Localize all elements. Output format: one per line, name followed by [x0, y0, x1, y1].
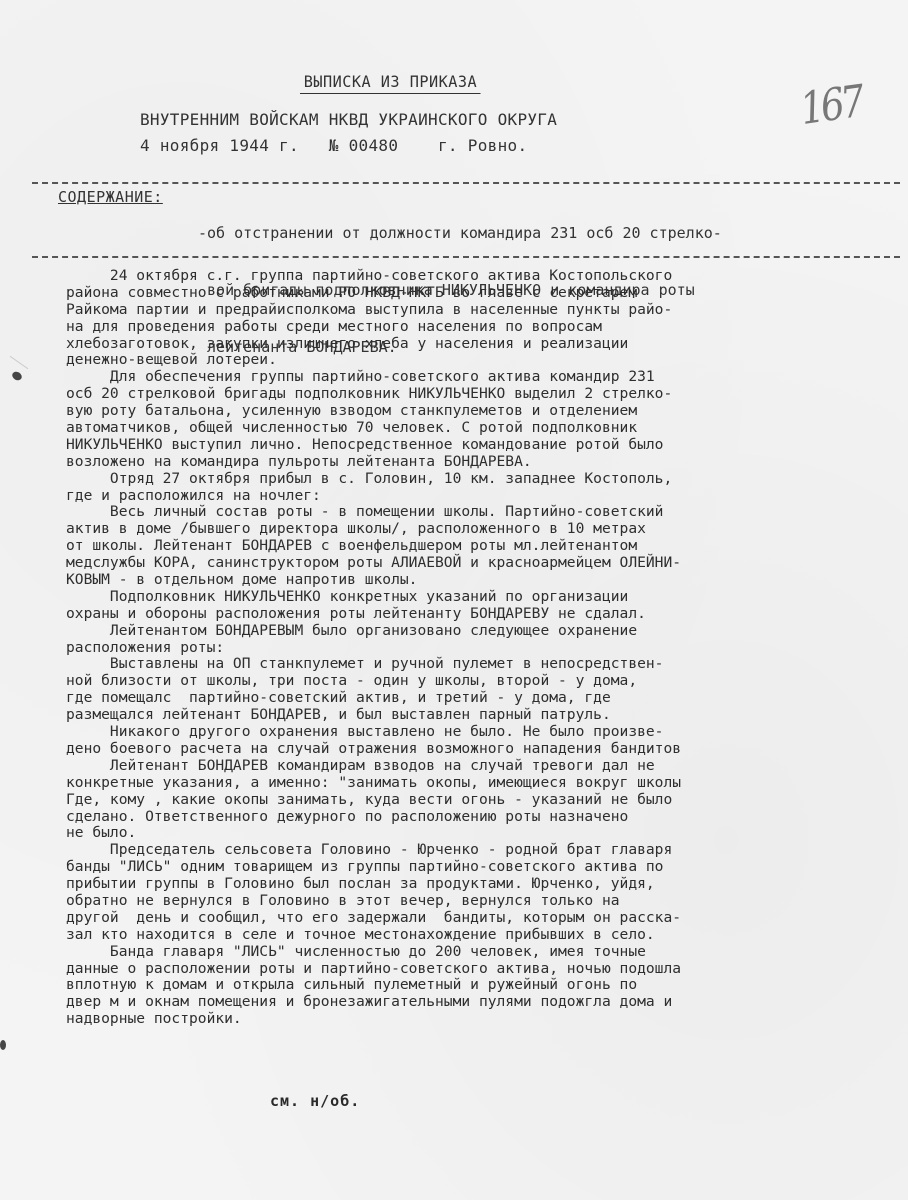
body-line: охраны и обороны расположения роты лейте…	[66, 606, 896, 623]
see-reverse-note: см. н/об.	[270, 1092, 360, 1110]
ink-blot	[0, 1040, 6, 1050]
body-line: другой день и сообщил, что его задержали…	[66, 910, 896, 927]
body-line: Весь личный состав роты - в помещении шк…	[66, 504, 896, 521]
body-line: Лейтенантом БОНДАРЕВЫМ было организовано…	[66, 623, 896, 640]
body-line: КОВЫМ - в отдельном доме напротив школы.	[66, 572, 896, 589]
body-line: надворные постройки.	[66, 1011, 896, 1028]
issuing-authority: ВНУТРЕННИМ ВОЙСКАМ НКВД УКРАИНСКОГО ОКРУ…	[140, 110, 557, 129]
document-page: ВЫПИСКА ИЗ ПРИКАЗА ВНУТРЕННИМ ВОЙСКАМ НК…	[0, 0, 908, 1200]
ink-blot	[11, 370, 24, 382]
paper-crease	[10, 356, 29, 369]
body-line: хлебозаготовок, закупки излишнего хлеба …	[66, 336, 896, 353]
body-line: медслужбы КОРА, санинструктором роты АЛИ…	[66, 555, 896, 572]
body-line: где помещалс партийно-советский актив, и…	[66, 690, 896, 707]
body-line: Для обеспечения группы партийно-советско…	[66, 369, 896, 386]
body-line: размещался лейтенант БОНДАРЕВ, и был выс…	[66, 707, 896, 724]
body-line: расположения роты:	[66, 640, 896, 657]
body-line: осб 20 стрелковой бригады подполковник Н…	[66, 386, 896, 403]
divider-top	[32, 182, 900, 184]
body-line: конкретные указания, а именно: "занимать…	[66, 775, 896, 792]
body-line: района совместно с работниками РО НКВД-Н…	[66, 285, 896, 302]
body-line: автоматчиков, общей численностью 70 чело…	[66, 420, 896, 437]
body-line: Где, кому , какие окопы занимать, куда в…	[66, 792, 896, 809]
body-line: вую роту батальона, усиленную взводом ст…	[66, 403, 896, 420]
body-line: НИКУЛЬЧЕНКО выступил лично. Непосредстве…	[66, 437, 896, 454]
body-line: Лейтенант БОНДАРЕВ командирам взводов на…	[66, 758, 896, 775]
body-line: данные о расположении роты и партийно-со…	[66, 961, 896, 978]
order-date-number-place: 4 ноября 1944 г. № 00480 г. Ровно.	[140, 136, 527, 155]
body-line: Отряд 27 октября прибыл в с. Головин, 10…	[66, 471, 896, 488]
body-line: на для проведения работы среди местного …	[66, 319, 896, 336]
body-line: где и расположился на ночлег:	[66, 488, 896, 505]
body-line: вплотную к домам и открыла сильный пулем…	[66, 977, 896, 994]
body-line: возложено на командира пульроты лейтенан…	[66, 454, 896, 471]
body-line: Выставлены на ОП станкпулемет и ручной п…	[66, 656, 896, 673]
body-line: сделано. Ответственного дежурного по рас…	[66, 809, 896, 826]
body-line: банды "ЛИСЬ" одним товарищем из группы п…	[66, 859, 896, 876]
body-line: зал кто находится в селе и точное местон…	[66, 927, 896, 944]
document-title: ВЫПИСКА ИЗ ПРИКАЗА	[300, 72, 481, 94]
body-line: Председатель сельсовета Головино - Юрчен…	[66, 842, 896, 859]
document-body: 24 октября с.г. группа партийно-советско…	[66, 268, 896, 1028]
body-line: Подполковник НИКУЛЬЧЕНКО конкретных указ…	[66, 589, 896, 606]
subject-line: -об отстранении от должности командира 2…	[198, 224, 898, 243]
body-line: обратно не вернулся в Головино в этот ве…	[66, 893, 896, 910]
handwritten-page-number: 167	[797, 76, 865, 135]
body-line: актив в доме /бывшего директора школы/, …	[66, 521, 896, 538]
body-line: ной близости от школы, три поста - один …	[66, 673, 896, 690]
divider-bottom	[32, 256, 900, 258]
body-line: Никакого другого охранения выставлено не…	[66, 724, 896, 741]
body-line: двер м и окнам помещения и бронезажигате…	[66, 994, 896, 1011]
body-line: Райкома партии и предрайисполкома выступ…	[66, 302, 896, 319]
body-line: денежно-вещевой лотереи.	[66, 352, 896, 369]
body-line: 24 октября с.г. группа партийно-советско…	[66, 268, 896, 285]
body-line: прибытии группы в Головино был послан за…	[66, 876, 896, 893]
body-line: дено боевого расчета на случай отражения…	[66, 741, 896, 758]
body-line: не было.	[66, 825, 896, 842]
body-line: от школы. Лейтенант БОНДАРЕВ с военфельд…	[66, 538, 896, 555]
body-line: Банда главаря "ЛИСЬ" численностью до 200…	[66, 944, 896, 961]
subject-label: СОДЕРЖАНИЕ:	[58, 188, 163, 206]
